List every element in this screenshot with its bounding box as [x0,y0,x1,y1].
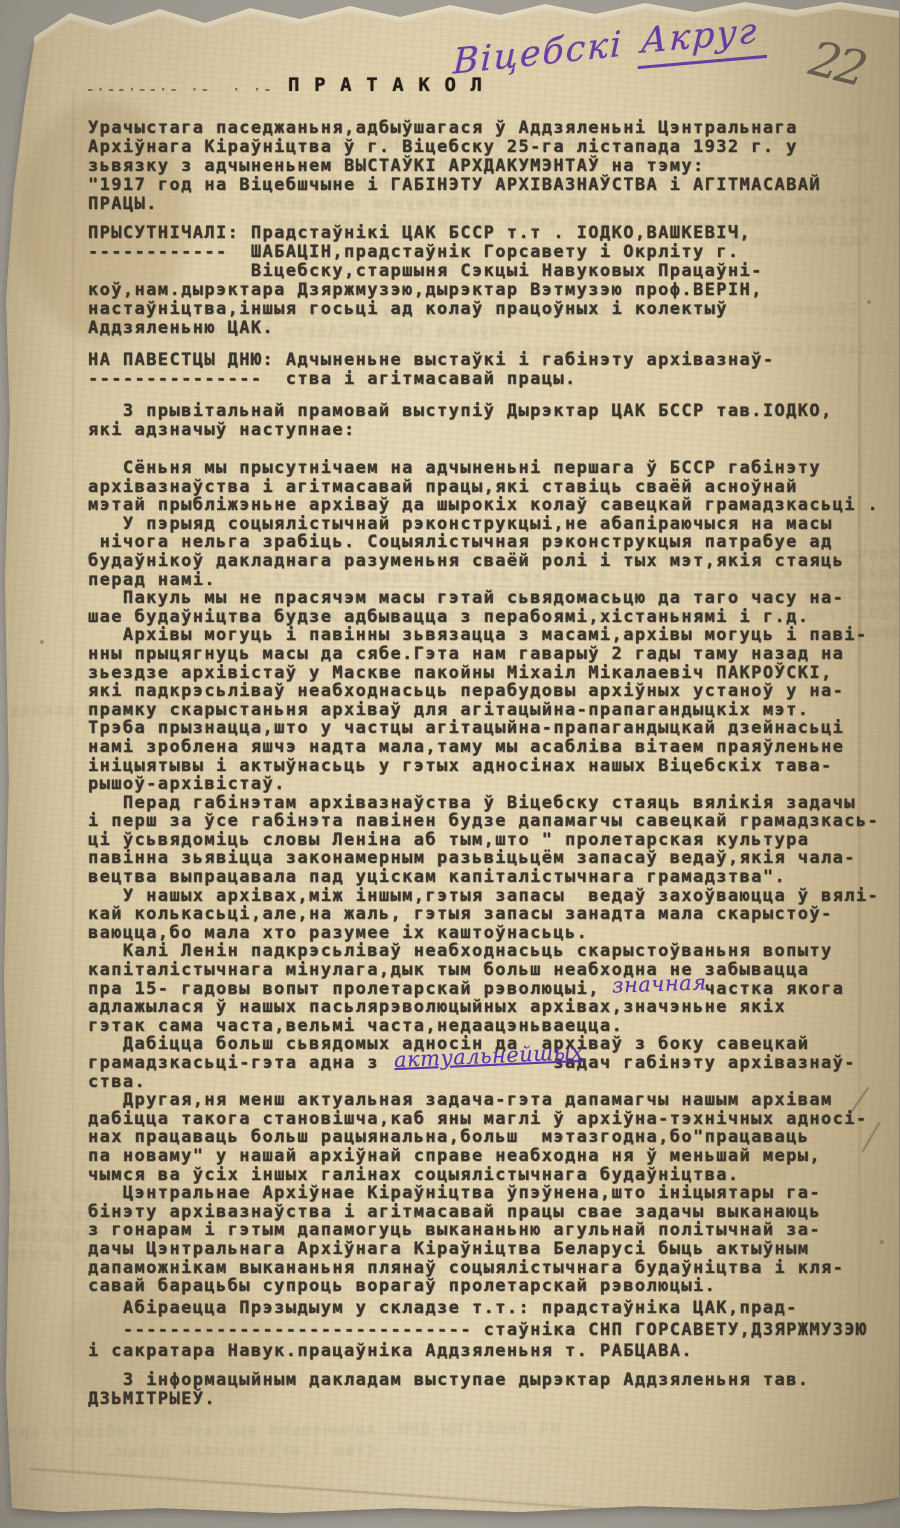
typed-line: НА ПАВЕСТЦЫ ДНЮ: Адчыненьне выстаўкі і г… [60,1418,560,1441]
speech-paragraph: Сёньня мы прысутнічаем на адчыненьні пер… [88,459,879,1296]
typed-line: нны прыцягнуць масы да сябе.Гэта нам гав… [88,645,879,664]
typed-line: адлажылася ў нашых пасьлярэволюцыйных ар… [88,998,879,1017]
typed-line: рышоў-архівістаў. [88,775,879,794]
typed-line: нах працаваць больш рацыянальна,больш мэ… [88,1128,879,1147]
typed-line: ------------ ШАБАЦІН,прадстаўнік Горсаве… [88,243,763,262]
paper-shadow-wrap: ПРЫСУТНІЧАЛІ: Прадстаўнікі ЦАК БССР т.т … [0,0,900,1528]
typed-line: чымся ва ўсіх іншых галінах соцыялістычн… [88,1166,879,1185]
typed-line: Калі Ленін падкрэсьліваў неабходнасьць с… [88,942,879,961]
handwritten-region-annotation: ВіцебскіАкруг [452,9,769,90]
typed-line: кай колькасьці,але,на жаль, гэтыя запасы… [88,905,879,924]
typed-line: Другая,ня менш актуальная задача-гэта да… [88,1091,879,1110]
ink-speck [40,640,44,644]
typed-line: З прывітальнай прамовай выступіў Дырэкта… [88,402,833,421]
bleedthrough-text: НА ПАВЕСТЦЫ ДНЮ: Адчыненьне выстаўкі і г… [60,1418,560,1461]
typed-line: вецтва выпрацавала пад уціскам капіталіс… [88,868,879,887]
typed-line: У пэрыяд соцыялістычнай рэконструкцыі,не… [88,515,879,534]
typed-line: шае будаўніцтва будзе адбывацца з перабо… [88,608,879,627]
typed-line: і сакратара Навук.працаўніка Аддзяленьня… [88,1341,868,1363]
ink-speck [880,1240,884,1244]
resolution-paragraph: Абіраецца Прэзыдыум у складзе т.т.: прад… [88,1298,868,1363]
typed-line: Абіраецца Прэзыдыум у складзе т.т.: прад… [88,1298,868,1320]
attendees-paragraph: ПРЫСУТНІЧАЛІ: Прадстаўнікі ЦАК БССР т.т … [88,224,763,338]
typed-line: ініцыятывы і актыўнасьць у гэтых адносін… [88,757,879,776]
typed-line: які падкрэсьліваў неабходнасьць перабудо… [88,682,879,701]
agenda-paragraph: НА ПАВЕСТЦЫ ДНЮ: Адчыненьне выстаўкі і г… [88,351,774,389]
typed-line: У нашых архівах,між іншым,гэтыя запасы в… [88,887,879,906]
typed-line: гэтак сама часта,вельмі часта,недаацэньв… [88,1017,879,1036]
scanned-document-photo: ПРЫСУТНІЧАЛІ: Прадстаўнікі ЦАК БССР т.т … [0,0,900,1528]
handwritten-word: Віцебскі [452,24,624,82]
typed-line: павінна зьявіцца законамерным разьвіцьцё… [88,849,879,868]
typed-line: савай барацьбы супроць ворагаў пролетарс… [88,1277,879,1296]
typed-line: прамку скарыстаньня архіваў для агітацый… [88,701,879,720]
typed-line: нічога нельга зрабіць. Соцыялістычная рэ… [88,533,879,552]
typed-line: ваюцца,бо мала хто разумее іх каштоўнась… [88,924,879,943]
intro-paragraph: Урачыстага паседжаньня,адбыўшагася ў Адд… [88,119,821,214]
typed-line: Архівы могуць і павінны зьвязацца з маса… [88,626,879,645]
closing-paragraph: З інформацыйным дакладам выступае дырэкт… [88,1371,809,1409]
typed-line: Аддзяленьню ЦАК. [88,319,763,338]
typed-line: бінэту архівазнаўства і агітмасавай прац… [88,1203,879,1222]
typed-line: НА ПАВЕСТЦЫ ДНЮ: Адчыненьне выстаўкі і г… [88,351,774,370]
typed-dash-leader: -·--·--·- ·- · ·- [86,82,274,98]
typed-line: дапаможнікам выкананьня плянаў соцыяліст… [88,1259,879,1278]
paper-sheet: ПРЫСУТНІЧАЛІ: Прадстаўнікі ЦАК БССР т.т … [0,0,900,1528]
typed-line: ці ўсьвядоміць словы Леніна аб тым,што "… [88,831,879,850]
typed-line: і перш за ўсе габінэта павінен будзе дап… [88,812,879,831]
typed-line: --------------- ства і агітмасавай працы… [88,370,774,389]
typed-line: ПРАЦЫ. [88,195,821,214]
typed-line: дабіцца такога становішча,каб яны маглі … [88,1110,879,1129]
typed-line: зьездзе архівістаў у Маскве пакойны Міха… [88,664,879,683]
typed-line: ДЗЬМІТРЫЕЎ. [88,1390,809,1409]
typed-line: коў,нам.дырэктара Дзяржмузэю,дырэктар Вэ… [88,281,763,300]
typed-line: --------------- ства і агітмасавай працы… [60,1438,560,1461]
typed-line: ПРЫСУТНІЧАЛІ: Прадстаўнікі ЦАК БССР т.т … [88,224,763,243]
typed-line: ------------------------------ стаўніка … [88,1320,868,1342]
typed-line: Пакуль мы не прасячэм масы гэтай сьвядом… [88,589,879,608]
typed-line: Віцебску,старшыня Сэкцыі Навуковых Праца… [88,262,763,281]
typed-line: ства. [88,1073,879,1092]
typed-line: Перад габінэтам архівазнаўства ў Віцебск… [88,794,879,813]
handwritten-page-number: 22 [804,30,869,97]
typed-line: па новаму" у нашай архіўнай справе неабх… [88,1147,879,1166]
typed-line: Трэба прызнацца,што у частцы агітацыйна-… [88,719,879,738]
typed-line: перад намі. [88,571,879,590]
handwritten-insert-znachnaya: значная [612,970,707,997]
typed-line: намі зроблена яшчэ надта мала,таму мы ас… [88,738,879,757]
typed-line: архівазнаўства і агітмасавай працы,які с… [88,478,879,497]
typed-line: настаўніцтва,іншыя госьці ад колаў працо… [88,300,763,319]
typed-line: які адзначыў наступнае: [88,421,833,440]
typed-line: пра 15- гадовы вопыт пролетарскай рэволю… [88,980,879,999]
fold-crease [30,1468,609,1510]
typed-line: мэтай прыбліжэньне архіваў да шырокіх ко… [88,496,879,515]
typed-line: з гонарам і гэтым дапамогуць выкананьню … [88,1221,879,1240]
speech-intro-paragraph: З прывітальнай прамовай выступіў Дырэкта… [88,402,833,440]
typed-line: З інформацыйным дакладам выступае дырэкт… [88,1371,809,1390]
typed-line: "1917 год на Віцебшчыне і ГАБІНЭТУ АРХІВ… [88,176,821,195]
ink-speck [867,300,871,304]
typed-line: Цэнтральнае Архіўнае Кіраўніцтва ўпэўнен… [88,1184,879,1203]
typed-line: дачы Цэнтральнага Архіўнага Кіраўніцтва … [88,1240,879,1259]
typed-line: Сёньня мы прысутнічаем на адчыненьні пер… [88,459,879,478]
typed-line: капіталістычнага мінулага,дык тым больш … [88,961,879,980]
handwritten-word-underlined: Акруг [638,10,769,69]
typed-line: будаўнікоў дакладнага разуменьня сваёй р… [88,552,879,571]
typed-line: Урачыстага паседжаньня,адбыўшагася ў Адд… [88,119,821,138]
typed-line: зьвязку з адчыненьнем ВЫСТАЎКІ АРХДАКУМЭ… [88,157,821,176]
typed-line: Архіўнага Кіраўніцтва ў г. Віцебску 25-г… [88,138,821,157]
